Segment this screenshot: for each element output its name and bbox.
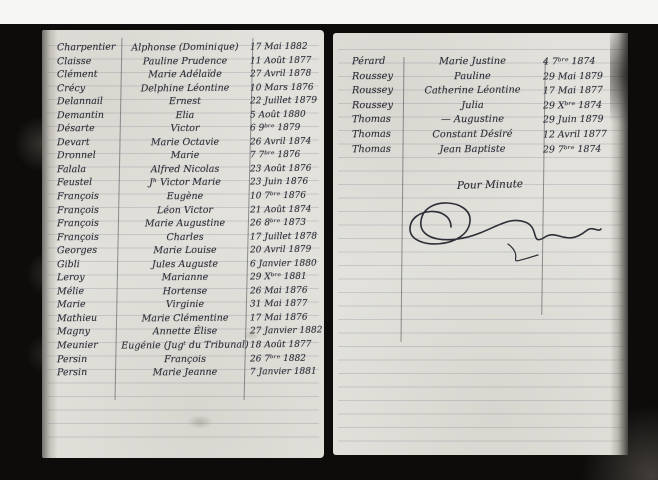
given-names-cell: Catherine Léontine xyxy=(402,84,543,100)
surname-cell: Persin xyxy=(48,366,120,380)
surname-cell: Magny xyxy=(48,325,120,339)
given-names-cell: Marie Justine xyxy=(402,54,543,70)
register-row: Demantin Elia 5 Août 1880 xyxy=(48,109,320,123)
register-row: Thomas Constant Désiré 12 Avril 1877 xyxy=(343,128,623,143)
date-cell: 17 Mai 1877 xyxy=(543,84,619,100)
register-row: Roussey Julia 29 Xᵇʳᵉ 1874 xyxy=(343,99,623,114)
given-names-cell: Charles xyxy=(120,230,250,245)
right-page-entries: Pérard Marie Justine 4 7ᵇʳᵉ 1874 Roussey… xyxy=(343,55,623,157)
register-row: Magny Annette Élise 27 Janvier 1882 xyxy=(48,325,320,339)
given-names-cell: Delphine Léontine xyxy=(120,81,250,96)
register-row: François Eugène 10 7ᵇʳᵉ 1876 xyxy=(48,190,320,204)
given-names-cell: Pauline Prudence xyxy=(120,54,250,69)
given-names-cell: — Augustine xyxy=(402,113,543,129)
surname-cell: Clément xyxy=(48,68,120,82)
date-cell: 4 7ᵇʳᵉ 1874 xyxy=(543,54,619,70)
given-names-cell: Virginie xyxy=(120,298,250,313)
register-row: Devart Marie Octavie 26 Avril 1874 xyxy=(48,136,320,150)
date-cell: 17 Mai 1882 xyxy=(250,41,316,55)
date-cell: 21 Août 1874 xyxy=(250,203,316,217)
register-row: Persin Marie Jeanne 7 Janvier 1881 xyxy=(48,366,320,380)
surname-cell: Roussey xyxy=(343,98,402,113)
register-row: Delannail Ernest 22 Juillet 1879 xyxy=(48,95,320,109)
given-names-cell: Marie Augustine xyxy=(120,217,250,232)
given-names-cell: Eugénie (Jugᵗ du Tribunal) xyxy=(120,338,250,353)
surname-cell: Persin xyxy=(48,352,120,366)
register-row: Persin François 26 7ᵇʳᵉ 1882 xyxy=(48,353,320,367)
register-row: Roussey Pauline 29 Mai 1879 xyxy=(343,70,623,85)
surname-cell: Falala xyxy=(48,163,120,177)
register-row: Clément Marie Adélaïde 27 Avril 1878 xyxy=(48,68,320,82)
register-row: Gibli Jules Auguste 6 Janvier 1880 xyxy=(48,258,320,272)
date-cell: 26 8ᵇʳᵉ 1873 xyxy=(250,217,316,231)
register-row: Dronnel Marie 7 7ᵇʳᵉ 1876 xyxy=(48,149,320,163)
given-names-cell: Ernest xyxy=(120,95,250,110)
register-row: Désarte Victor 6 9ᵇʳᵉ 1879 xyxy=(48,122,320,136)
surname-cell: Thomas xyxy=(343,128,402,143)
given-names-cell: Jean Baptiste xyxy=(402,142,543,158)
surname-cell: François xyxy=(48,190,120,204)
surname-cell: Roussey xyxy=(343,69,402,84)
date-cell: 18 Août 1877 xyxy=(250,339,316,353)
register-row: Feustel Jʰ Victor Marie 23 Juin 1876 xyxy=(48,176,320,190)
date-cell: 5 Août 1880 xyxy=(250,108,316,122)
date-cell: 31 Mai 1877 xyxy=(250,298,316,312)
given-names-cell: Annette Élise xyxy=(120,325,250,340)
surname-cell: Pérard xyxy=(343,55,402,70)
register-row: Pérard Marie Justine 4 7ᵇʳᵉ 1874 xyxy=(343,55,623,70)
register-row: Thomas — Augustine 29 Juin 1879 xyxy=(343,113,623,128)
date-cell: 10 7ᵇʳᵉ 1876 xyxy=(250,190,316,204)
left-page-entries: Charpentier Alphonse (Dominique) 17 Mai … xyxy=(48,41,320,380)
register-row: François Charles 17 Juillet 1878 xyxy=(48,231,320,245)
surname-cell: Devart xyxy=(48,135,120,149)
surname-cell: Charpentier xyxy=(48,41,120,55)
surname-cell: François xyxy=(48,217,120,231)
date-cell: 26 Avril 1874 xyxy=(250,135,316,149)
date-cell: 6 9ᵇʳᵉ 1879 xyxy=(250,122,316,136)
date-cell: 10 Mars 1876 xyxy=(250,81,316,95)
date-cell: 23 Juin 1876 xyxy=(250,176,316,190)
date-cell: 6 Janvier 1880 xyxy=(250,257,316,271)
date-cell: 12 Avril 1877 xyxy=(543,127,619,143)
date-cell: 29 Xᵇʳᵉ 1874 xyxy=(543,98,619,114)
surname-cell: Demantin xyxy=(48,108,120,122)
register-row: Mélie Hortense 26 Mai 1876 xyxy=(48,285,320,299)
date-cell: 7 Janvier 1881 xyxy=(250,366,316,380)
surname-cell: Mathieu xyxy=(48,312,120,326)
given-names-cell: Alphonse (Dominique) xyxy=(120,40,250,55)
given-names-cell: Marianne xyxy=(120,271,250,286)
date-cell: 27 Avril 1878 xyxy=(250,68,316,82)
surname-cell: Marie xyxy=(48,298,120,312)
date-cell: 11 Août 1877 xyxy=(250,54,316,68)
surname-cell: François xyxy=(48,203,120,217)
surname-cell: Thomas xyxy=(343,142,402,157)
surname-cell: Delannail xyxy=(48,95,120,109)
register-row: Georges Marie Louise 20 Avril 1879 xyxy=(48,244,320,258)
register-row: Leroy Marianne 29 Xᵇʳᵉ 1881 xyxy=(48,271,320,285)
given-names-cell: Marie xyxy=(120,149,250,164)
scanned-register-photo: Charpentier Alphonse (Dominique) 17 Mai … xyxy=(0,0,658,480)
given-names-cell: Constant Désiré xyxy=(402,127,543,143)
surname-cell: Feustel xyxy=(48,176,120,190)
left-page: Charpentier Alphonse (Dominique) 17 Mai … xyxy=(42,30,324,458)
register-row: Meunier Eugénie (Jugᵗ du Tribunal) 18 Ao… xyxy=(48,339,320,353)
given-names-cell: Jʰ Victor Marie xyxy=(120,176,250,191)
date-cell: 27 Janvier 1882 xyxy=(250,325,316,339)
given-names-cell: François xyxy=(120,352,250,367)
register-row: Marie Virginie 31 Mai 1877 xyxy=(48,298,320,312)
surname-cell: Leroy xyxy=(48,271,120,285)
register-row: François Marie Augustine 26 8ᵇʳᵉ 1873 xyxy=(48,217,320,231)
register-row: Mathieu Marie Clémentine 17 Mai 1876 xyxy=(48,312,320,326)
date-cell: 29 Xᵇʳᵉ 1881 xyxy=(250,271,316,285)
register-row: François Léon Victor 21 Août 1874 xyxy=(48,204,320,218)
register-row: Charpentier Alphonse (Dominique) 17 Mai … xyxy=(48,41,320,55)
right-page: Pérard Marie Justine 4 7ᵇʳᵉ 1874 Roussey… xyxy=(333,33,628,455)
date-cell: 22 Juillet 1879 xyxy=(250,95,316,109)
flourish-signature xyxy=(388,189,603,269)
date-cell: 17 Juillet 1878 xyxy=(250,230,316,244)
surname-cell: Crécy xyxy=(48,81,120,95)
surname-cell: Thomas xyxy=(343,113,402,128)
register-row: Crécy Delphine Léontine 10 Mars 1876 xyxy=(48,82,320,96)
surname-cell: Désarte xyxy=(48,122,120,136)
date-cell: 26 7ᵇʳᵉ 1882 xyxy=(250,352,316,366)
register-row: Falala Alfred Nicolas 23 Août 1876 xyxy=(48,163,320,177)
surname-cell: Claisse xyxy=(48,54,120,68)
surname-cell: François xyxy=(48,230,120,244)
date-cell: 29 Mai 1879 xyxy=(543,69,619,85)
given-names-cell: Eugène xyxy=(120,189,250,204)
given-names-cell: Victor xyxy=(120,122,250,137)
register-row: Thomas Jean Baptiste 29 7ᵇʳᵉ 1874 xyxy=(343,143,623,158)
register-row: Claisse Pauline Prudence 11 Août 1877 xyxy=(48,55,320,69)
paper-stain xyxy=(187,415,213,429)
surname-cell: Meunier xyxy=(48,339,120,353)
given-names-cell: Marie Adélaïde xyxy=(120,68,250,83)
surname-cell: Roussey xyxy=(343,84,402,99)
given-names-cell: Léon Victor xyxy=(120,203,250,218)
given-names-cell: Marie Jeanne xyxy=(120,366,250,381)
given-names-cell: Pauline xyxy=(402,69,543,85)
date-cell: 29 Juin 1879 xyxy=(543,113,619,129)
surname-cell: Dronnel xyxy=(48,149,120,163)
surname-cell: Georges xyxy=(48,244,120,258)
given-names-cell: Marie Louise xyxy=(120,244,250,259)
date-cell: 29 7ᵇʳᵉ 1874 xyxy=(543,142,619,158)
date-cell: 20 Avril 1879 xyxy=(250,244,316,258)
surname-cell: Mélie xyxy=(48,284,120,298)
register-row: Roussey Catherine Léontine 17 Mai 1877 xyxy=(343,84,623,99)
date-cell: 7 7ᵇʳᵉ 1876 xyxy=(250,149,316,163)
surname-cell: Gibli xyxy=(48,257,120,271)
